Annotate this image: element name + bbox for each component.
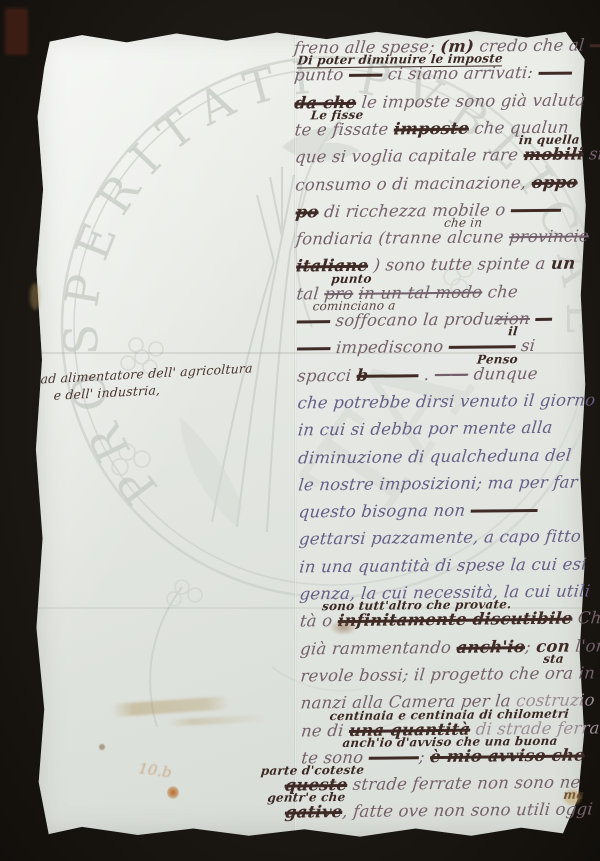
manuscript-line: sono tutt'altro che provate.tà o infinit… <box>282 609 599 632</box>
manuscript-line: le nostre imposizioni; ma per far <box>281 472 598 495</box>
text-segment: revole bossi; il progetto che ora in <box>300 663 596 685</box>
manuscript: freno alle spese; (m) credo che al ——Di … <box>277 35 600 838</box>
manuscript-line: il—— impediscono ———— si <box>279 336 596 359</box>
text-segment: —— <box>296 338 331 357</box>
text-segment: spacci <box>297 365 358 385</box>
text-segment: imposte <box>393 119 470 139</box>
interlinear-insertion: sono tutt'altro che provate. <box>322 598 512 612</box>
manuscript-line: in quellaque si voglia capitale rare mob… <box>277 145 594 168</box>
text-segment: che <box>481 282 518 301</box>
text-segment: tà o <box>299 611 339 630</box>
text-segment: provincie <box>508 226 589 246</box>
text-segment: —— <box>348 65 383 84</box>
interlinear-insertion: ma <box>563 788 585 800</box>
text-segment: te e fissate <box>294 119 395 139</box>
text-segment: un <box>550 254 576 273</box>
manuscript-line: questo bisogna non ———— <box>281 499 598 522</box>
manuscript-line: gentr'e chemagative, fatte ove non sono … <box>284 800 600 823</box>
manuscript-line: gettarsi pazzamente, a capo fitto <box>281 527 598 550</box>
interlinear-insertion: Di poter diminuire le imposte <box>297 52 504 68</box>
text-segment: , fatte ove non sono utili oggi <box>341 800 593 822</box>
manuscript-line: starevole bossi; il progetto che ora in <box>283 663 600 686</box>
text-segment: fondiaria (tranne alcune <box>295 227 510 248</box>
text-segment: si <box>583 144 600 163</box>
text-segment: —— <box>538 63 573 82</box>
text-segment: gative <box>284 802 343 822</box>
text-segment: —— <box>434 364 469 383</box>
text-segment: impediscono <box>330 337 450 357</box>
text-segment: già rammentando <box>299 637 457 658</box>
text-segment: l'ono <box>569 636 600 656</box>
manuscript-line: po di ricchezza mobile o ——— <box>278 199 595 222</box>
manuscript-line: in una quantità di spese la cui esi <box>281 554 598 577</box>
interlinear-insertion: il <box>508 325 519 337</box>
text-segment: gettarsi pazzamente, a capo fitto <box>298 527 582 549</box>
interlinear-insertion: Le fisse <box>310 108 364 121</box>
interlinear-insertion: Penso <box>477 352 519 364</box>
interlinear-insertion: anch'io d'avviso che una buona <box>342 734 558 748</box>
text-segment: ) sono tutte spinte a <box>367 254 552 275</box>
text-segment: mobili <box>523 145 585 165</box>
text-segment: in una quantità di spese la cui esi <box>299 554 588 576</box>
text-segment: consumo o di macinazione, <box>295 172 533 193</box>
text-segment: di ricchezza mobile o <box>318 200 512 221</box>
text-segment: le imposte sono già valuta <box>355 90 586 111</box>
interlinear-insertion: punto <box>331 272 373 284</box>
text-segment: — <box>535 309 554 328</box>
text-segment: dunque <box>467 364 538 384</box>
interlinear-insertion: centinaia e centinaia di chilometri <box>329 707 570 722</box>
text-segment: ——— <box>510 199 562 219</box>
interlinear-insertion: gentr'e che <box>267 791 346 804</box>
text-segment: anch'io <box>456 637 526 657</box>
text-segment: ——— <box>368 747 420 767</box>
text-segment: ———— <box>470 500 539 520</box>
text-segment: questo bisogna non <box>298 501 472 522</box>
text-segment: oppo <box>531 172 579 192</box>
text-segment: strade ferrate non sono ne <box>346 773 581 794</box>
interlinear-insertion: parte d'coteste <box>260 763 364 776</box>
text-segment: b——— <box>356 365 420 385</box>
text-segment: in cui si debba por mente alla <box>297 418 553 440</box>
manuscript-line: in cui si debba por mente alla <box>280 418 597 441</box>
text-segment: po <box>295 202 320 221</box>
text-segment: che potrebbe dirsi venuto il giorno <box>297 390 596 412</box>
text-segment: —— <box>589 35 600 54</box>
manuscript-line: italiane ) sono tutte spinte a un <box>278 254 595 277</box>
text-segment: soffocano la produ <box>329 309 495 330</box>
manuscript-line: Di poter diminuire le impostepunto —— ci… <box>276 63 593 86</box>
manuscript-photo: PROSPERITATI PVBLICAE TA <box>0 0 600 861</box>
manuscript-line: consumo o di macinazione, oppo <box>277 172 594 195</box>
manuscript-line: cominciano a—— soffocano la produzion — <box>279 308 596 331</box>
manuscript-line: che potrebbe dirsi venuto il giorno <box>280 390 597 413</box>
text-segment: Che <box>572 608 600 627</box>
text-segment: —— <box>296 311 331 330</box>
background-artifact <box>5 8 28 55</box>
interlinear-insertion: in quella <box>518 133 580 146</box>
manuscript-line: che infondiaria (tranne alcune provincie <box>278 226 595 249</box>
interlinear-insertion: che in <box>444 216 483 228</box>
text-segment: diminuzione di qualcheduna del <box>297 445 572 467</box>
text-segment: que si voglia capitale rare <box>294 145 524 166</box>
interlinear-insertion: sta <box>543 652 565 664</box>
text-segment: punto <box>293 65 350 85</box>
manuscript-line: diminuzione di qualcheduna del <box>280 445 597 468</box>
text-segment: le nostre imposizioni; ma per far <box>298 472 579 494</box>
manuscript-line: Pensospacci b——— . —— dunque <box>279 363 596 386</box>
interlinear-insertion: cominciano a <box>312 299 396 312</box>
